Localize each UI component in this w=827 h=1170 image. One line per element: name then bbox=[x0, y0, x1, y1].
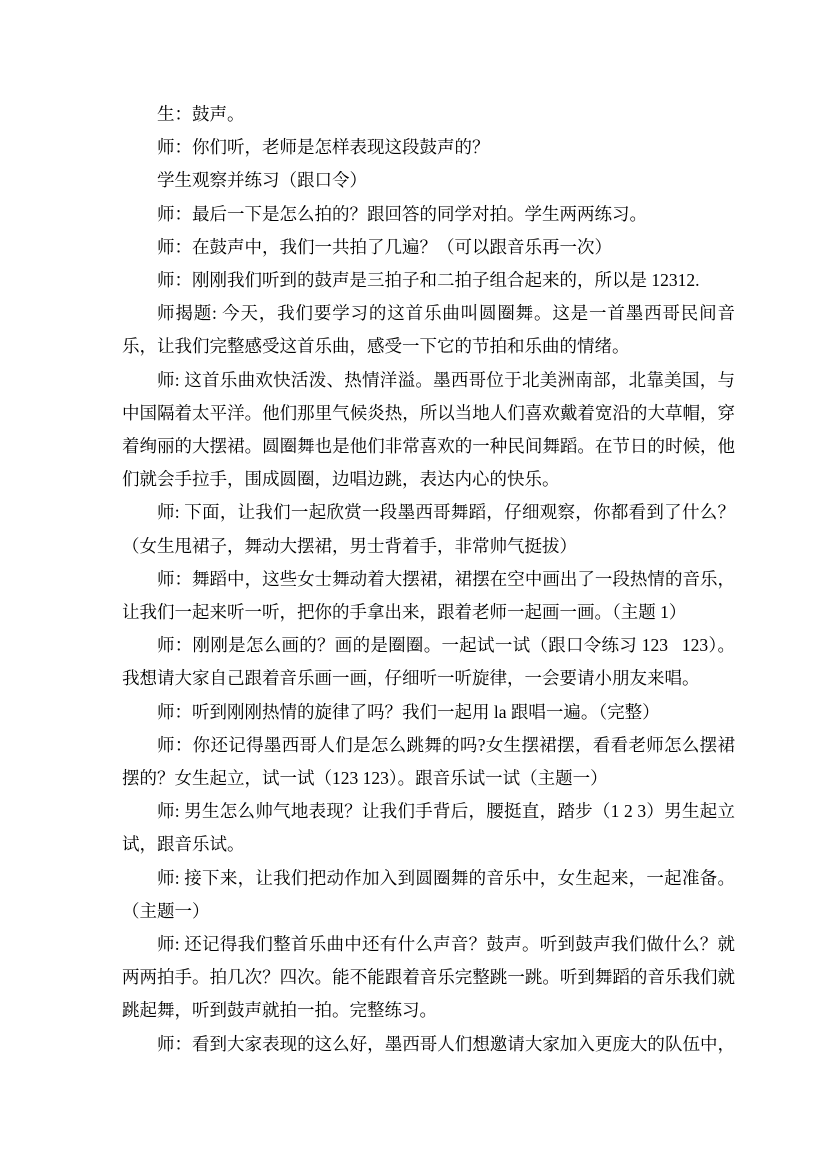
paragraph: 师：看到大家表现的这么好，墨西哥人们想邀请大家加入更庞大的队伍中， bbox=[122, 1028, 735, 1061]
paragraph: 师：在鼓声中，我们一共拍了几遍？（可以跟音乐再一次） bbox=[122, 231, 735, 264]
paragraph: 师：你还记得墨西哥人们是怎么跳舞的吗?女生摆裙摆，看看老师怎么摆裙摆的？女生起立… bbox=[122, 729, 735, 795]
paragraph: 师: 男生怎么帅气地表现？让我们手背后，腰挺直，踏步（1 2 3）男生起立试，跟… bbox=[122, 795, 735, 861]
paragraph: 师：听到刚刚热情的旋律了吗？我们一起用 la 跟唱一遍。（完整） bbox=[122, 696, 735, 729]
paragraph: 师：刚刚是怎么画的？画的是圈圈。一起试一试（跟口令练习 123 123）。我想请… bbox=[122, 629, 735, 695]
document-page: 生：鼓声。 师：你们听，老师是怎样表现这段鼓声的？ 学生观察并练习（跟口令） 师… bbox=[0, 0, 827, 1170]
paragraph: 生：鼓声。 bbox=[122, 98, 735, 131]
paragraph: 师: 这首乐曲欢快活泼、热情洋溢。墨西哥位于北美洲南部，北靠美国，与中国隔着太平… bbox=[122, 364, 735, 497]
paragraph: 师：刚刚我们听到的鼓声是三拍子和二拍子组合起来的，所以是 12312. bbox=[122, 264, 735, 297]
paragraph: 师: 还记得我们整首乐曲中还有什么声音？鼓声。听到鼓声我们做什么？就两两拍手。拍… bbox=[122, 928, 735, 1028]
paragraph: 师揭题: 今天，我们要学习的这首乐曲叫圆圈舞。这是一首墨西哥民间音乐，让我们完整… bbox=[122, 297, 735, 363]
paragraph: 师：最后一下是怎么拍的？跟回答的同学对拍。学生两两练习。 bbox=[122, 198, 735, 231]
paragraph: 师: 下面，让我们一起欣赏一段墨西哥舞蹈，仔细观察，你都看到了什么？（女生甩裙子… bbox=[122, 496, 735, 562]
paragraph: 师：舞蹈中，这些女士舞动着大摆裙，裙摆在空中画出了一段热情的音乐，让我们一起来听… bbox=[122, 563, 735, 629]
paragraph: 学生观察并练习（跟口令） bbox=[122, 164, 735, 197]
paragraph: 师: 接下来，让我们把动作加入到圆圈舞的音乐中，女生起来，一起准备。（主题一） bbox=[122, 862, 735, 928]
paragraph: 师：你们听，老师是怎样表现这段鼓声的？ bbox=[122, 131, 735, 164]
